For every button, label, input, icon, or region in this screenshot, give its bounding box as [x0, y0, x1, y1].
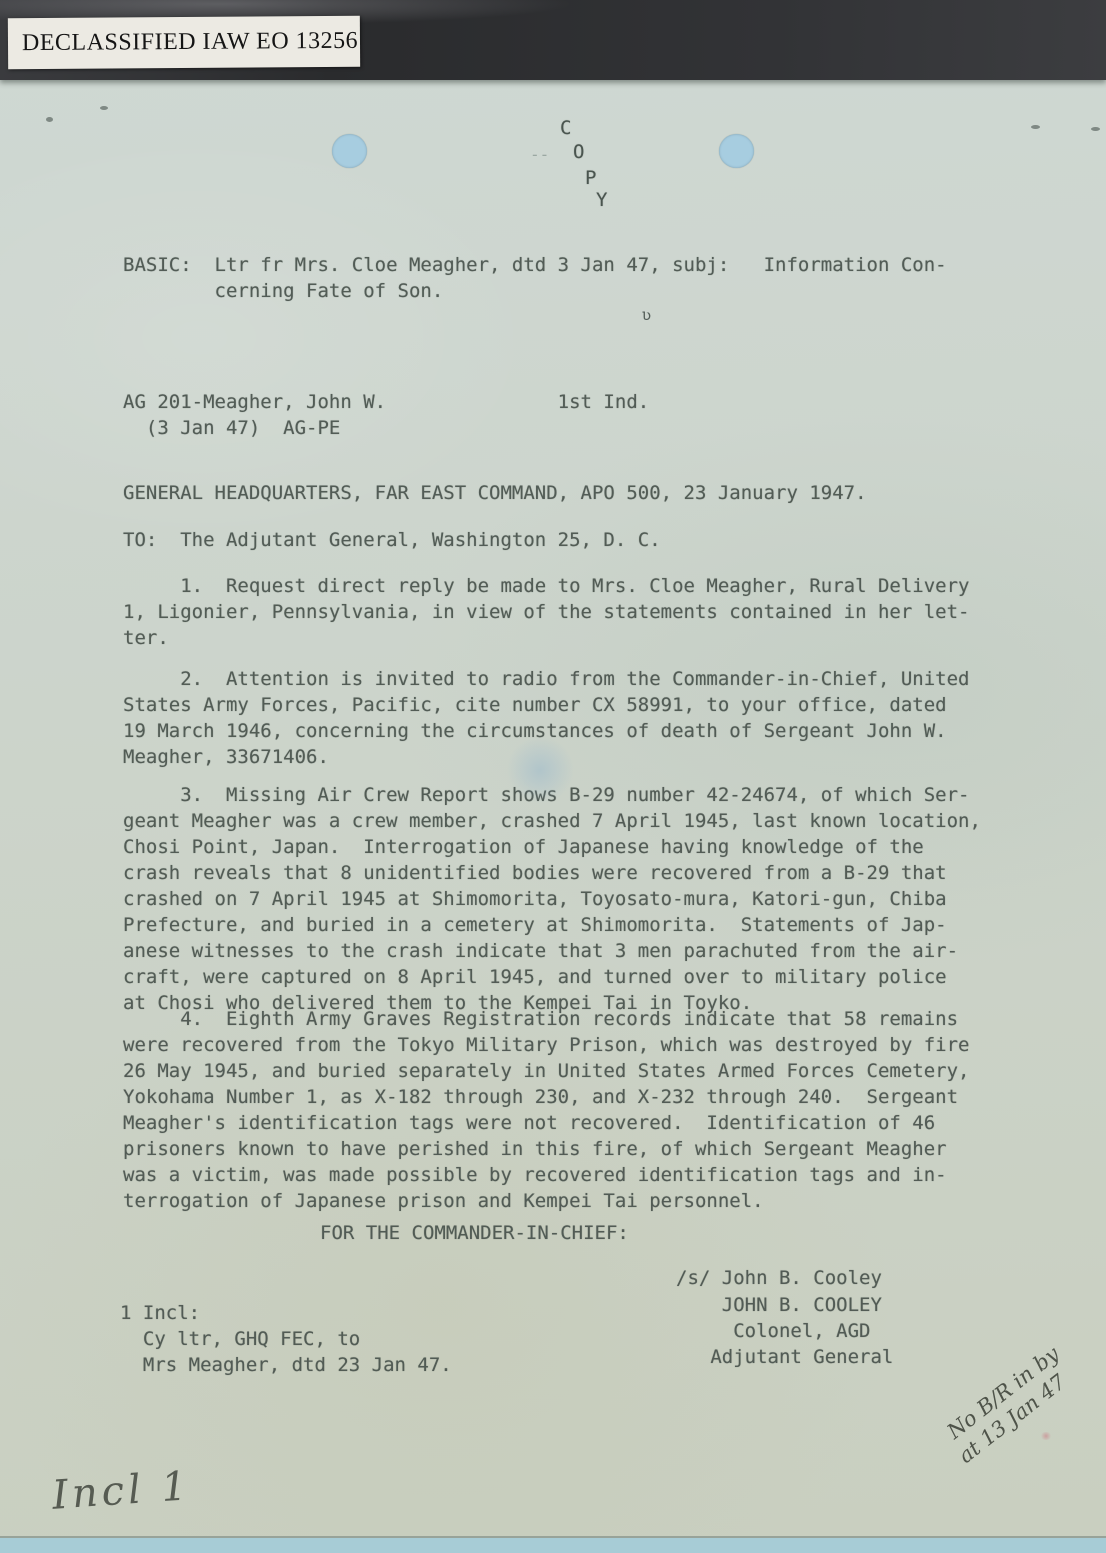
signature-block: JOHN B. COOLEY Colonel, AGD Adjutant Gen…	[676, 1292, 893, 1370]
reference-block: AG 201-Meagher, John W. 1st Ind. (3 Jan …	[123, 389, 649, 441]
paragraph-3: 3. Missing Air Crew Report shows B-29 nu…	[123, 782, 981, 1016]
paper-speck	[1031, 125, 1040, 129]
pink-ink-speck	[1040, 1432, 1052, 1440]
copy-letter-o: O	[573, 141, 584, 163]
copy-smudge-mark: --	[530, 145, 549, 164]
pen-tick-mark: ʋ	[642, 306, 651, 324]
signature-signed-line: /s/ John B. Cooley	[676, 1265, 882, 1291]
copy-letter-p: P	[585, 167, 596, 189]
heading-line: GENERAL HEADQUARTERS, FAR EAST COMMAND, …	[123, 480, 867, 506]
basic-subject-line: BASIC: Ltr fr Mrs. Cloe Meagher, dtd 3 J…	[123, 252, 947, 304]
punch-hole-left	[332, 134, 367, 168]
declassification-stamp-text: DECLASSIFIED IAW EO 13256	[8, 28, 358, 57]
inclosure-block: 1 Incl: Cy ltr, GHQ FEC, to Mrs Meagher,…	[120, 1300, 452, 1378]
paper-speck	[100, 106, 108, 110]
copy-letter-c: C	[560, 117, 571, 139]
handwritten-incl-note: Incl 1	[51, 1463, 193, 1519]
paper-speck	[46, 117, 53, 122]
paper-speck	[1091, 127, 1100, 131]
blue-smudge	[505, 735, 575, 805]
copy-letter-y: Y	[596, 189, 607, 211]
punch-hole-right	[719, 134, 754, 168]
paragraph-1: 1. Request direct reply be made to Mrs. …	[123, 573, 969, 651]
to-line: TO: The Adjutant General, Washington 25,…	[123, 527, 661, 553]
closing-line: FOR THE COMMANDER-IN-CHIEF:	[320, 1220, 629, 1246]
scanned-document: { "stamp": { "label": "DECLASSIFIED IAW …	[0, 0, 1106, 1553]
declassification-stamp: DECLASSIFIED IAW EO 13256	[8, 16, 360, 69]
underlying-sheet-edge	[0, 1536, 1106, 1553]
paragraph-4: 4. Eighth Army Graves Registration recor…	[123, 1006, 969, 1214]
